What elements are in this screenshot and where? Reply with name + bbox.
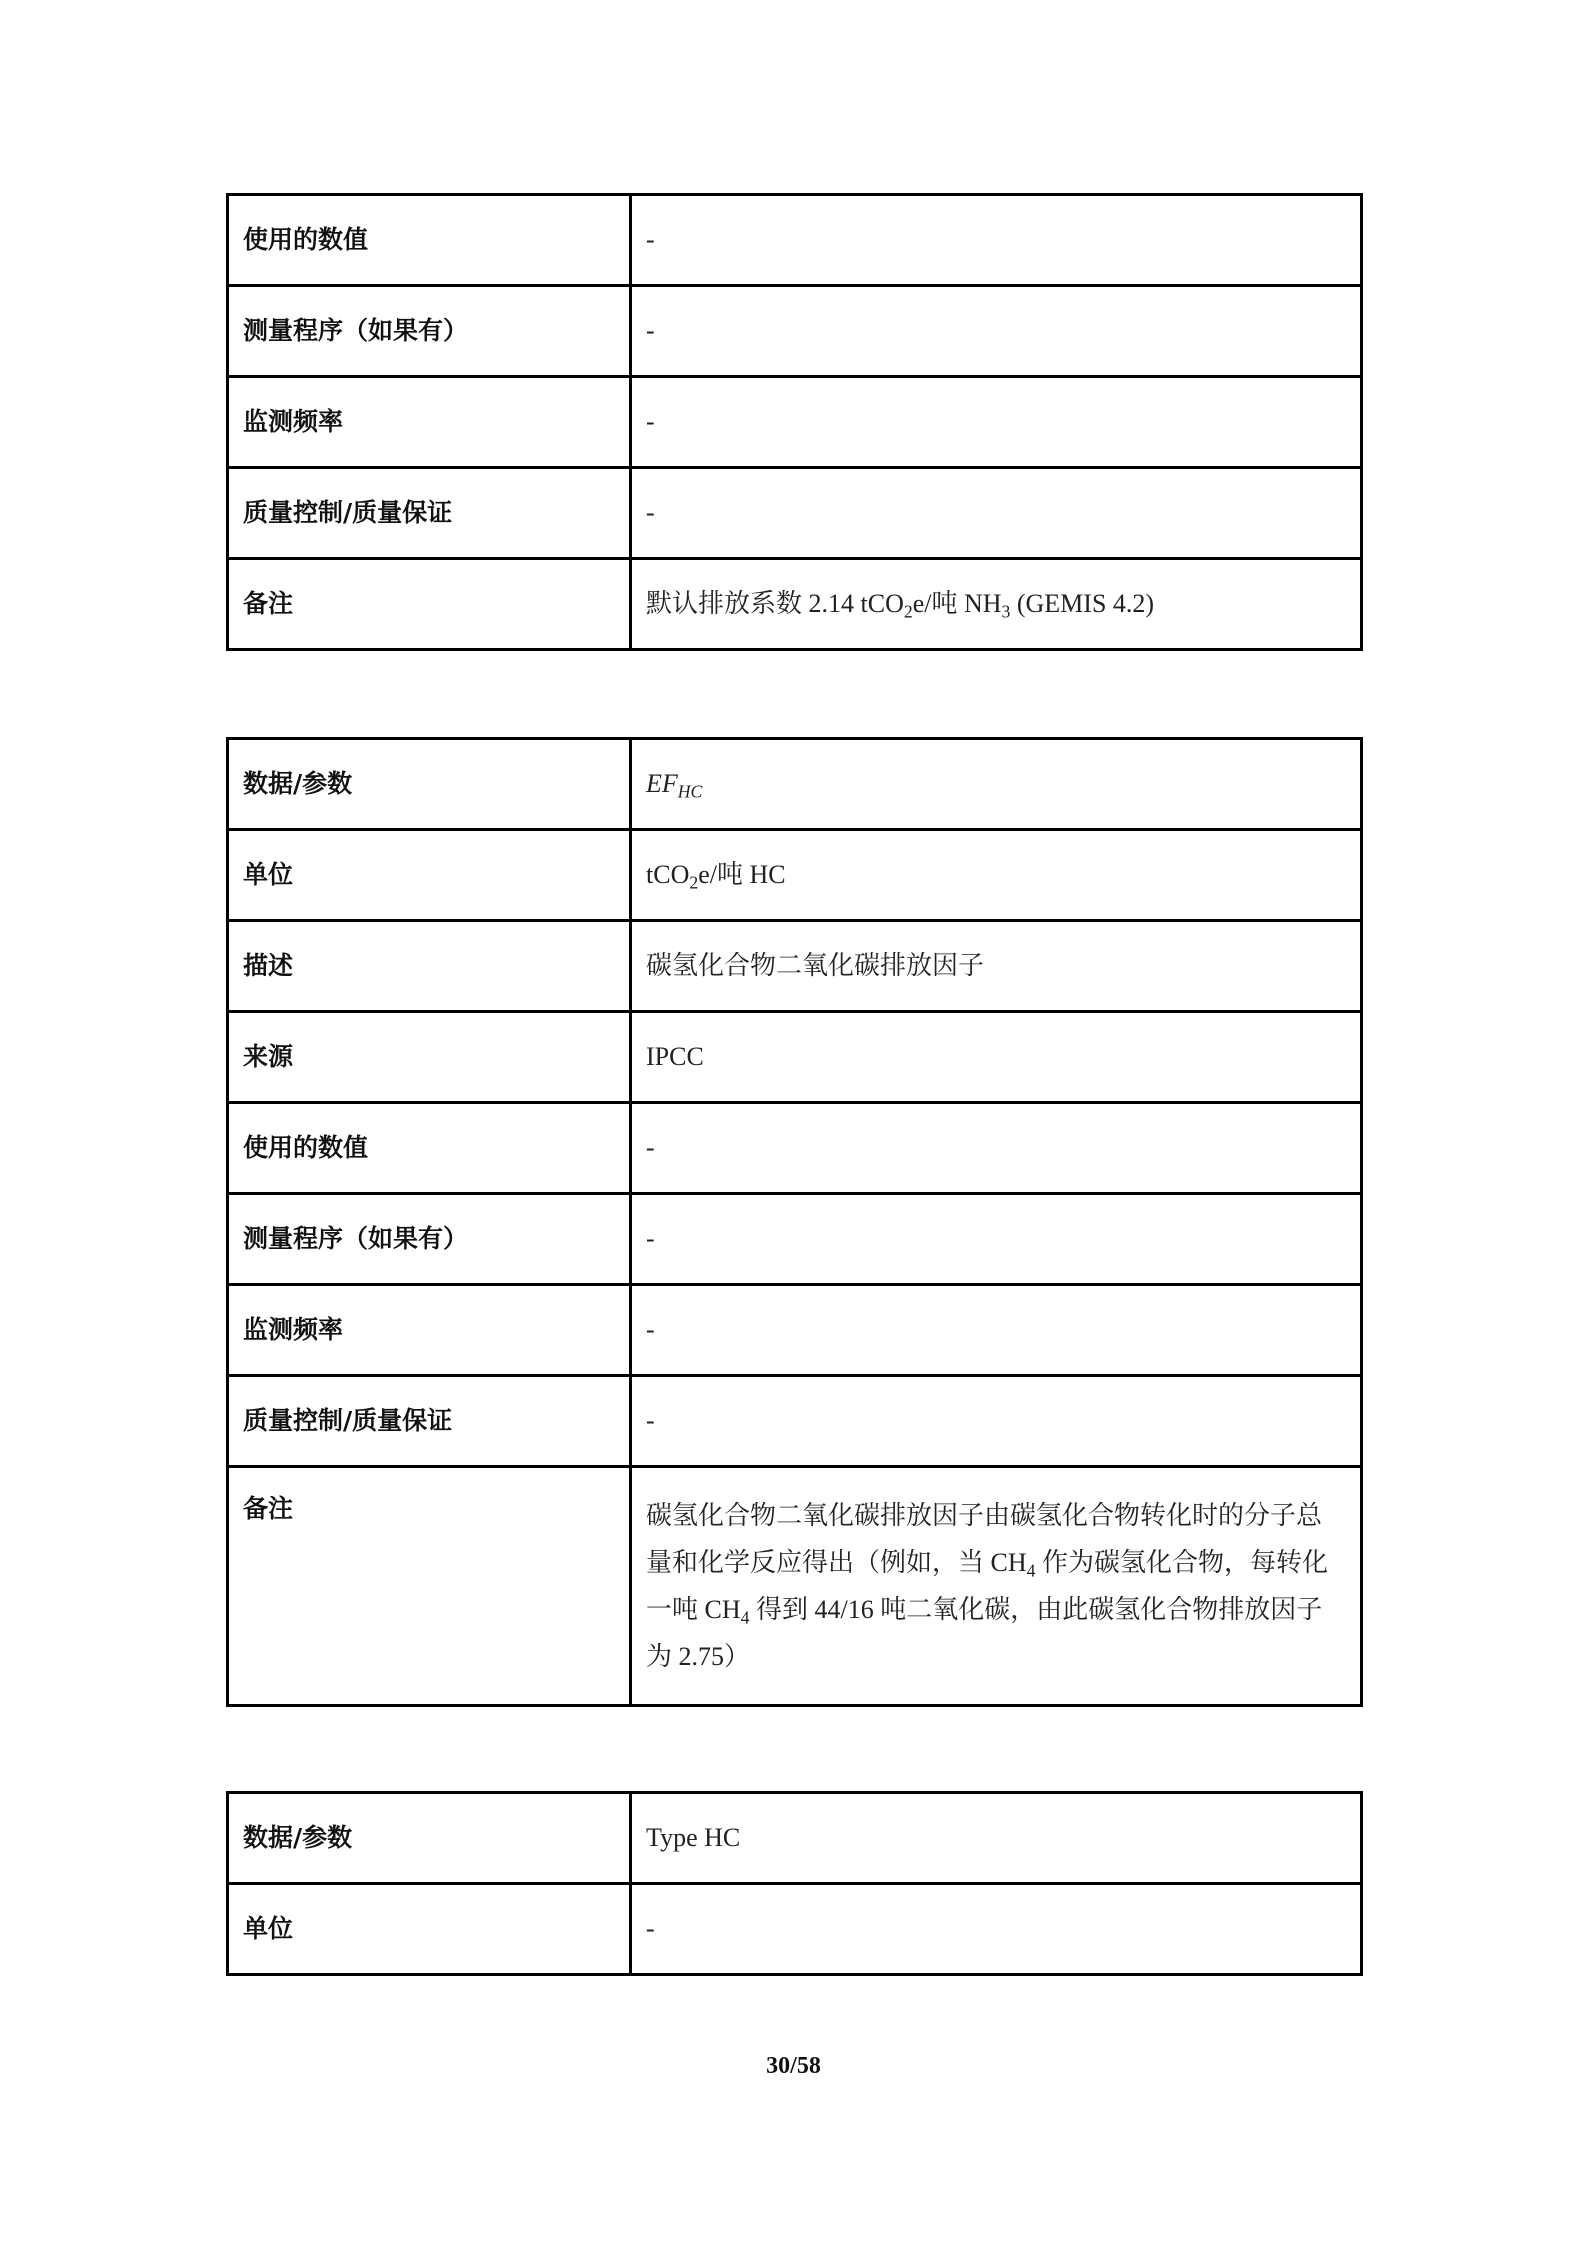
row-label: 备注 bbox=[228, 1467, 631, 1706]
table-row: 备注 默认排放系数 2.14 tCO2e/吨 NH3 (GEMIS 4.2) bbox=[228, 559, 1362, 650]
table-row: 描述 碳氢化合物二氧化碳排放因子 bbox=[228, 921, 1362, 1012]
row-label: 使用的数值 bbox=[228, 1103, 631, 1194]
row-label: 来源 bbox=[228, 1012, 631, 1103]
parameter-table-ef-hc: 数据/参数 EFHC 单位 tCO2e/吨 HC 描述 碳氢化合物二氧化碳排放因… bbox=[226, 737, 1363, 1707]
table-row: 备注 碳氢化合物二氧化碳排放因子由碳氢化合物转化时的分子总量和化学反应得出（例如… bbox=[228, 1467, 1362, 1706]
row-value: - bbox=[631, 468, 1362, 559]
row-label: 测量程序（如果有） bbox=[228, 1194, 631, 1285]
row-value: - bbox=[631, 1884, 1362, 1975]
table-row: 监测频率 - bbox=[228, 377, 1362, 468]
row-value: - bbox=[631, 1376, 1362, 1467]
row-label: 数据/参数 bbox=[228, 1793, 631, 1884]
row-label: 质量控制/质量保证 bbox=[228, 1376, 631, 1467]
row-value: - bbox=[631, 1194, 1362, 1285]
table-row: 单位 - bbox=[228, 1884, 1362, 1975]
row-label: 监测频率 bbox=[228, 377, 631, 468]
page-number: 30/58 bbox=[0, 2053, 1587, 2080]
table-row: 使用的数值 - bbox=[228, 1103, 1362, 1194]
row-label: 备注 bbox=[228, 559, 631, 650]
row-value: - bbox=[631, 1103, 1362, 1194]
table-row: 数据/参数 EFHC bbox=[228, 739, 1362, 830]
table-row: 单位 tCO2e/吨 HC bbox=[228, 830, 1362, 921]
table-row: 监测频率 - bbox=[228, 1285, 1362, 1376]
row-value: - bbox=[631, 195, 1362, 286]
row-value: EFHC bbox=[631, 739, 1362, 830]
table-row: 测量程序（如果有） - bbox=[228, 1194, 1362, 1285]
parameter-table-nh3-continued: 使用的数值 - 测量程序（如果有） - 监测频率 - 质量控制/质量保证 - 备… bbox=[226, 193, 1363, 651]
table-row: 测量程序（如果有） - bbox=[228, 286, 1362, 377]
row-value: 碳氢化合物二氧化碳排放因子 bbox=[631, 921, 1362, 1012]
table-row: 使用的数值 - bbox=[228, 195, 1362, 286]
note-value: 碳氢化合物二氧化碳排放因子由碳氢化合物转化时的分子总量和化学反应得出（例如，当 … bbox=[631, 1467, 1362, 1706]
row-value: Type HC bbox=[631, 1793, 1362, 1884]
row-label: 质量控制/质量保证 bbox=[228, 468, 631, 559]
row-label: 单位 bbox=[228, 1884, 631, 1975]
row-value: IPCC bbox=[631, 1012, 1362, 1103]
note-value: 默认排放系数 2.14 tCO2e/吨 NH3 (GEMIS 4.2) bbox=[631, 559, 1362, 650]
row-value: - bbox=[631, 286, 1362, 377]
row-label: 数据/参数 bbox=[228, 739, 631, 830]
table-row: 数据/参数 Type HC bbox=[228, 1793, 1362, 1884]
table-row: 质量控制/质量保证 - bbox=[228, 1376, 1362, 1467]
row-label: 监测频率 bbox=[228, 1285, 631, 1376]
row-label: 单位 bbox=[228, 830, 631, 921]
row-value: - bbox=[631, 1285, 1362, 1376]
table-row: 质量控制/质量保证 - bbox=[228, 468, 1362, 559]
row-value: - bbox=[631, 377, 1362, 468]
parameter-table-type-hc: 数据/参数 Type HC 单位 - bbox=[226, 1791, 1363, 1976]
row-label: 描述 bbox=[228, 921, 631, 1012]
row-label: 使用的数值 bbox=[228, 195, 631, 286]
row-label: 测量程序（如果有） bbox=[228, 286, 631, 377]
row-value: tCO2e/吨 HC bbox=[631, 830, 1362, 921]
table-row: 来源 IPCC bbox=[228, 1012, 1362, 1103]
